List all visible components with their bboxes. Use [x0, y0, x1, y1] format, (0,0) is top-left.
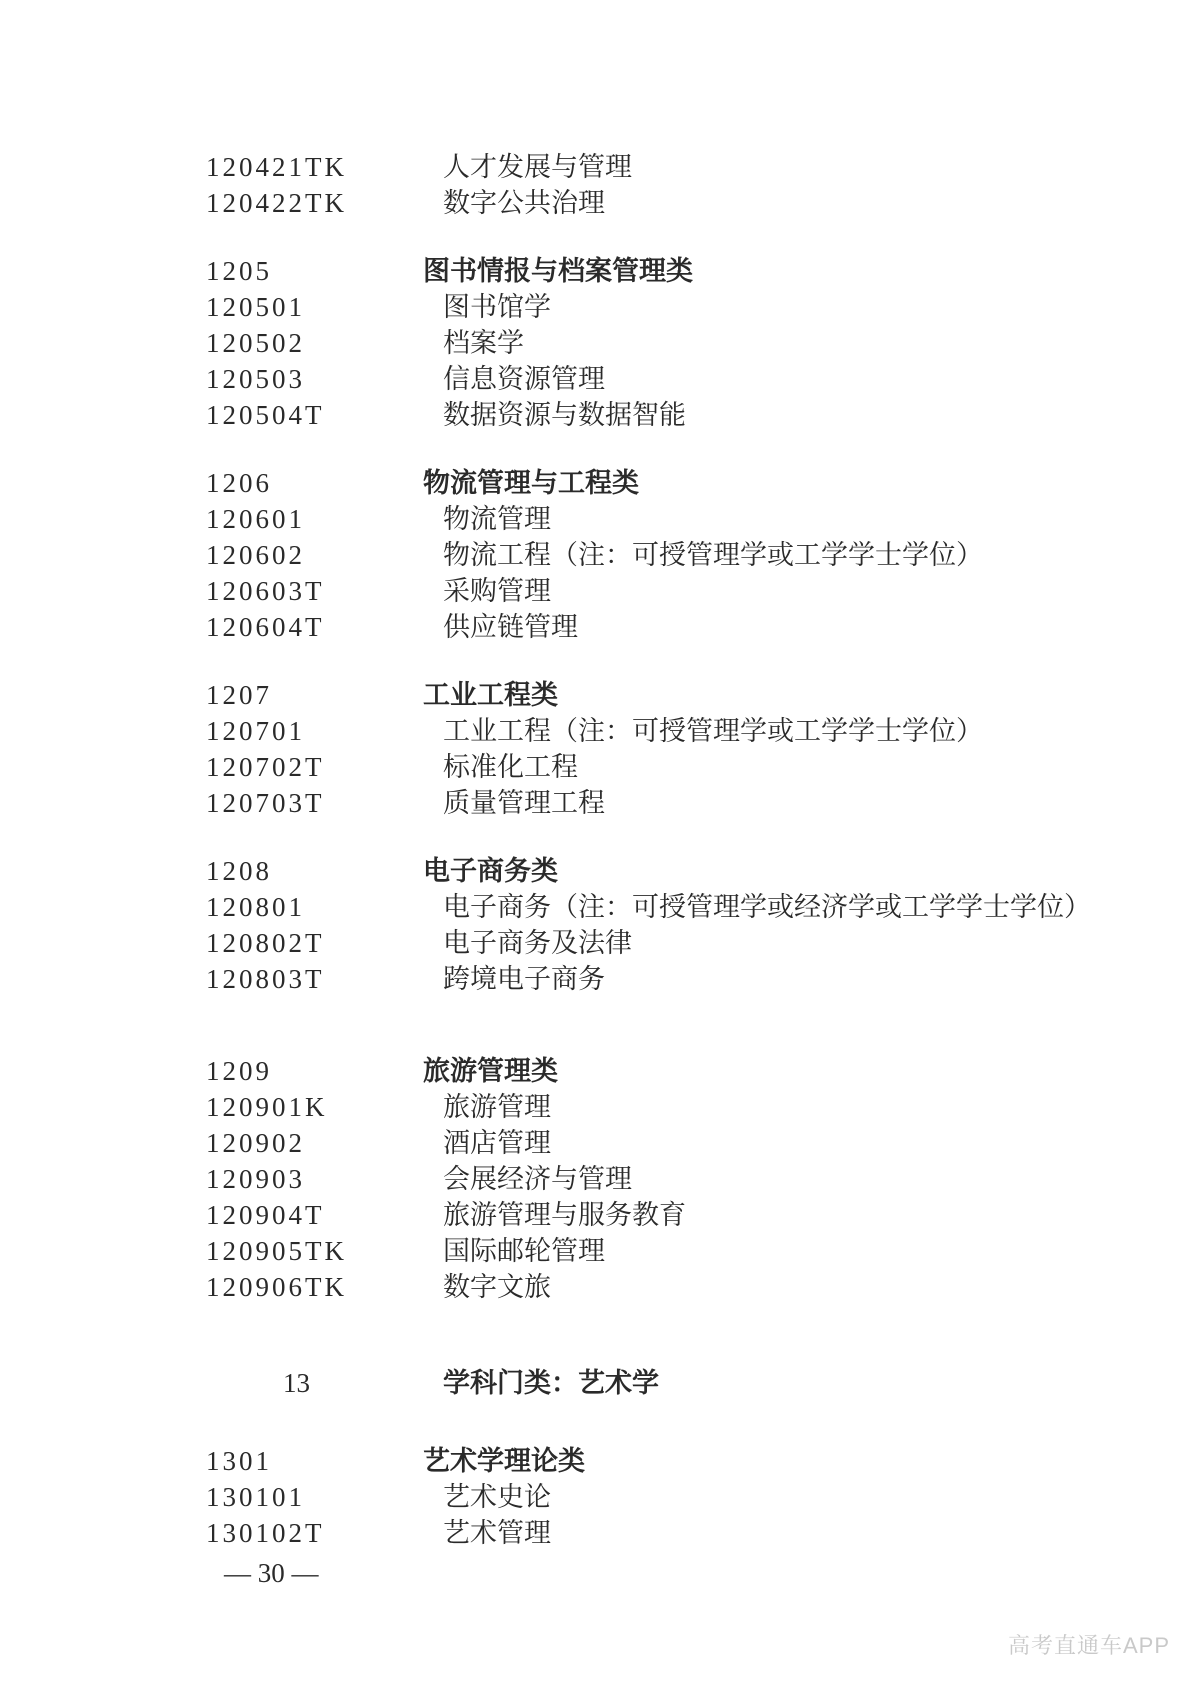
major-name: 电子商务及法律 [443, 925, 632, 961]
major-row: 120502档案学 [0, 325, 1190, 361]
major-row: 120904T旅游管理与服务教育 [0, 1197, 1190, 1233]
major-name: 跨境电子商务 [443, 961, 605, 997]
major-name: 艺术管理 [443, 1515, 551, 1551]
category-row: 1207工业工程类 [0, 677, 1190, 713]
major-name: 会展经济与管理 [443, 1161, 632, 1197]
category-name: 图书情报与档案管理类 [423, 253, 693, 289]
category-code: 1207 [206, 677, 272, 713]
major-row: 120906TK数字文旅 [0, 1269, 1190, 1305]
major-row: 120702T标准化工程 [0, 749, 1190, 785]
major-code: 120601 [206, 501, 305, 537]
major-code: 120503 [206, 361, 305, 397]
major-row: 120802T电子商务及法律 [0, 925, 1190, 961]
major-name: 物流工程（注：可授管理学或工学学士学位） [443, 537, 983, 573]
major-name: 标准化工程 [443, 749, 578, 785]
major-row: 120503信息资源管理 [0, 361, 1190, 397]
major-row: 120422TK数字公共治理 [0, 185, 1190, 221]
category-code: 1206 [206, 465, 272, 501]
category-row: 1301艺术学理论类 [0, 1443, 1190, 1479]
major-code: 130102T [206, 1515, 325, 1551]
division-title: 学科门类：艺术学 [443, 1365, 659, 1401]
major-name: 人才发展与管理 [443, 149, 632, 185]
major-row: 120603T采购管理 [0, 573, 1190, 609]
major-code: 120603T [206, 573, 325, 609]
major-name: 档案学 [443, 325, 524, 361]
major-row: 120504T数据资源与数据智能 [0, 397, 1190, 433]
category-row: 1205图书情报与档案管理类 [0, 253, 1190, 289]
major-row: 120803T跨境电子商务 [0, 961, 1190, 997]
major-row: 120901K旅游管理 [0, 1089, 1190, 1125]
major-code: 130101 [206, 1479, 305, 1515]
category-name: 工业工程类 [423, 677, 558, 713]
major-code: 120701 [206, 713, 305, 749]
major-row: 130102T艺术管理 [0, 1515, 1190, 1551]
category-code: 1209 [206, 1053, 272, 1089]
major-code: 120504T [206, 397, 325, 433]
category-name: 物流管理与工程类 [423, 465, 639, 501]
category-name: 旅游管理类 [423, 1053, 558, 1089]
major-row: 120905TK国际邮轮管理 [0, 1233, 1190, 1269]
major-name: 工业工程（注：可授管理学或工学学士学位） [443, 713, 983, 749]
major-code: 120906TK [206, 1269, 347, 1305]
major-row: 120701工业工程（注：可授管理学或工学学士学位） [0, 713, 1190, 749]
major-code: 120702T [206, 749, 325, 785]
major-code: 120703T [206, 785, 325, 821]
category-code: 1208 [206, 853, 272, 889]
category-row: 1209旅游管理类 [0, 1053, 1190, 1089]
major-row: 120703T质量管理工程 [0, 785, 1190, 821]
major-code: 120802T [206, 925, 325, 961]
major-row: 120801电子商务（注：可授管理学或经济学或工学学士学位） [0, 889, 1190, 925]
major-code: 120602 [206, 537, 305, 573]
major-code: 120901K [206, 1089, 328, 1125]
major-name: 艺术史论 [443, 1479, 551, 1515]
category-code: 1205 [206, 253, 272, 289]
major-code: 120905TK [206, 1233, 347, 1269]
major-name: 旅游管理 [443, 1089, 551, 1125]
category-row: 1206物流管理与工程类 [0, 465, 1190, 501]
category-row: 1208电子商务类 [0, 853, 1190, 889]
major-name: 质量管理工程 [443, 785, 605, 821]
major-row: 120903会展经济与管理 [0, 1161, 1190, 1197]
document-page: 120421TK人才发展与管理120422TK数字公共治理1205图书情报与档案… [0, 0, 1190, 1683]
major-code: 120803T [206, 961, 325, 997]
category-name: 艺术学理论类 [423, 1443, 585, 1479]
major-name: 国际邮轮管理 [443, 1233, 605, 1269]
major-name: 旅游管理与服务教育 [443, 1197, 686, 1233]
major-code: 120902 [206, 1125, 305, 1161]
major-name: 图书馆学 [443, 289, 551, 325]
major-code: 120422TK [206, 185, 347, 221]
division-header-row: 13学科门类：艺术学 [0, 1365, 1190, 1401]
major-code: 120501 [206, 289, 305, 325]
major-name: 数字文旅 [443, 1269, 551, 1305]
major-name: 采购管理 [443, 573, 551, 609]
major-row: 120902酒店管理 [0, 1125, 1190, 1161]
major-code: 120421TK [206, 149, 347, 185]
major-code: 120801 [206, 889, 305, 925]
major-code: 120502 [206, 325, 305, 361]
major-row: 120602物流工程（注：可授管理学或工学学士学位） [0, 537, 1190, 573]
major-name: 酒店管理 [443, 1125, 551, 1161]
major-name: 电子商务（注：可授管理学或经济学或工学学士学位） [443, 889, 1091, 925]
major-name: 数据资源与数据智能 [443, 397, 686, 433]
major-code: 120903 [206, 1161, 305, 1197]
major-row: 120601物流管理 [0, 501, 1190, 537]
category-name: 电子商务类 [423, 853, 558, 889]
major-code: 120904T [206, 1197, 325, 1233]
category-code: 1301 [206, 1443, 272, 1479]
watermark: 高考直通车APP [1008, 1631, 1170, 1661]
major-code: 120604T [206, 609, 325, 645]
major-name: 信息资源管理 [443, 361, 605, 397]
page-number: — 30 — [224, 1555, 319, 1591]
major-row: 120604T供应链管理 [0, 609, 1190, 645]
major-name: 供应链管理 [443, 609, 578, 645]
major-row: 120421TK人才发展与管理 [0, 149, 1190, 185]
major-name: 数字公共治理 [443, 185, 605, 221]
major-name: 物流管理 [443, 501, 551, 537]
division-number: 13 [283, 1365, 310, 1401]
major-row: 120501图书馆学 [0, 289, 1190, 325]
major-row: 130101艺术史论 [0, 1479, 1190, 1515]
